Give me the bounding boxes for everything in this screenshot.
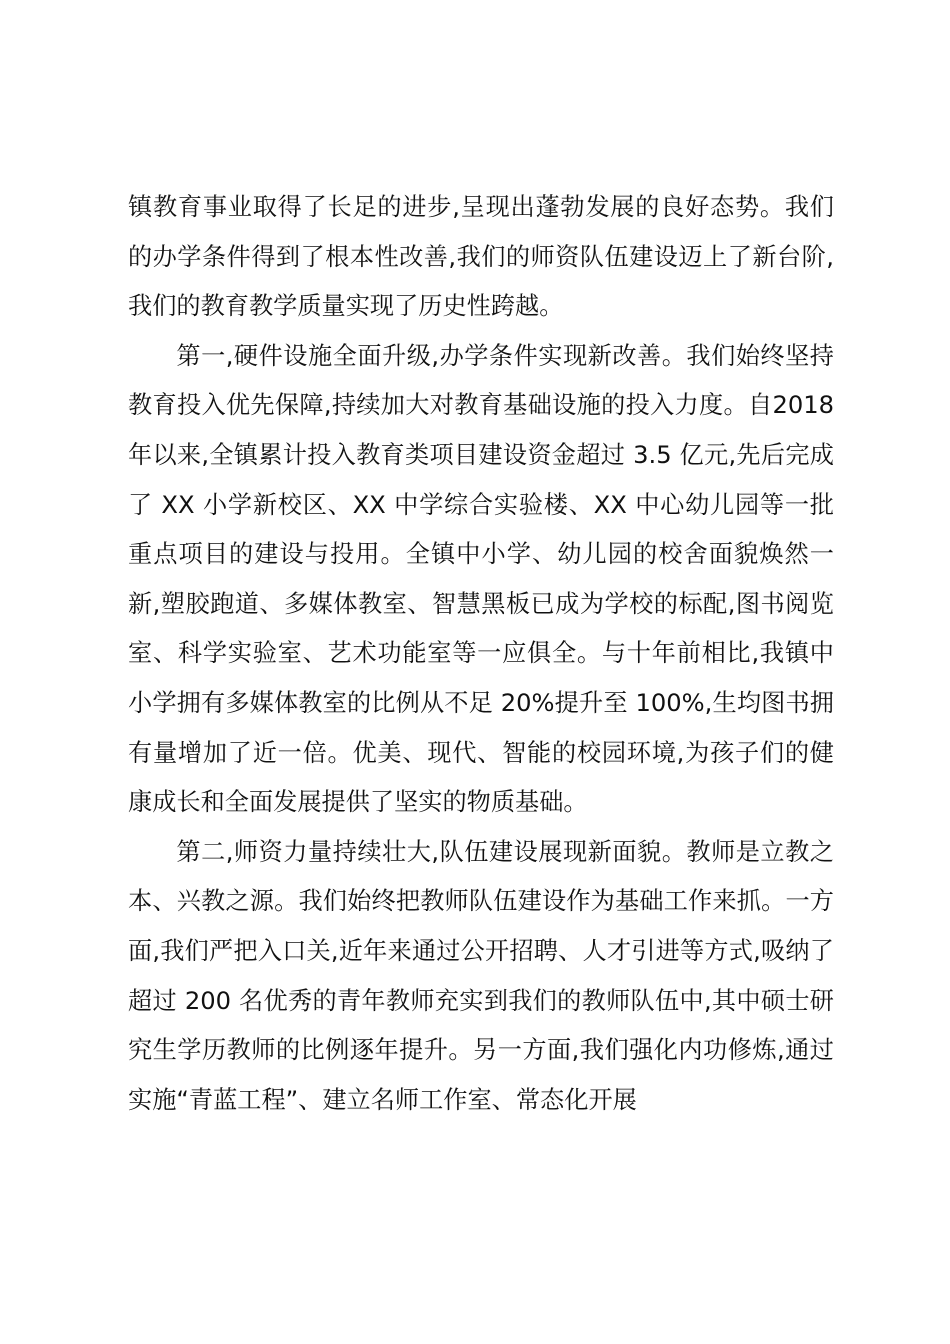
paragraph-teaching-staff: 第二,师资力量持续壮大,队伍建设展现新面貌。教师是立教之本、兴教之源。我们始终把… [128, 828, 834, 1126]
document-page: 镇教育事业取得了长足的进步,呈现出蓬勃发展的良好态势。我们的办学条件得到了根本性… [128, 183, 834, 1125]
paragraph-intro-continuation: 镇教育事业取得了长足的进步,呈现出蓬勃发展的良好态势。我们的办学条件得到了根本性… [128, 183, 834, 332]
paragraph-hardware-facilities: 第一,硬件设施全面升级,办学条件实现新改善。我们始终坚持教育投入优先保障,持续加… [128, 332, 834, 828]
